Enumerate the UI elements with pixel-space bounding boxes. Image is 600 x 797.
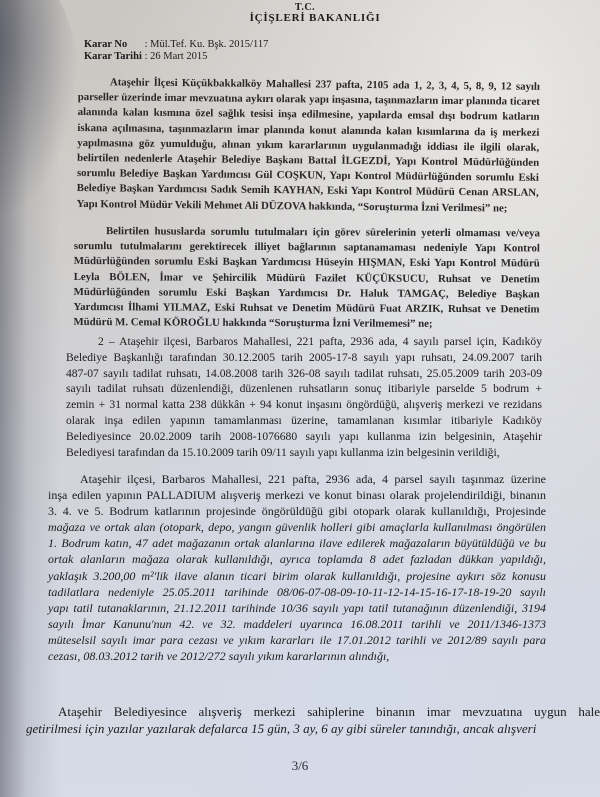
paragraph-item-2-permits: 2 – Ataşehir ilçesi, Barbaros Mahallesi,… xyxy=(66,334,542,460)
paragraph-investigation-permitted: Ataşehir İlçesi Küçükbakkalköy Mahallesi… xyxy=(77,75,540,217)
text-line: inşa edilen yapının PALLADIUM alışveriş … xyxy=(48,487,546,503)
text-line: zemin + 31 normal katta 238 dükkân + 94 … xyxy=(66,397,542,413)
text-line: sayılı tadilat ruhsatı düzenlendiği, düz… xyxy=(66,381,542,397)
text-line: Belediyesi tarafından da 15.10.2009 tari… xyxy=(66,445,542,461)
decision-tail: ne; xyxy=(415,318,432,330)
text-line: tadilatlara nedeniyle 25.05.2011 tarihin… xyxy=(48,584,546,600)
decision-phrase: “Soruşturma İzni Verilmemesi” xyxy=(269,317,415,330)
text-line: Ataşehir ilçesi, Barbaros Mahallesi, 221… xyxy=(48,471,546,487)
text-line: Ataşehir Belediyesince alışveriş merkezi… xyxy=(26,703,600,720)
page-number: 3/6 xyxy=(270,758,330,774)
text-line: 487-07 sayılı tadilat ruhsatı, 14.08.200… xyxy=(66,366,542,382)
text-line: 3. 4. ve 5. Bodrum katlarının projesinde… xyxy=(48,503,546,519)
decision-tail: ne; xyxy=(490,202,507,214)
text-line: olarak inşa edilen yapının tamamlanması … xyxy=(66,413,542,429)
text-line: Belediyesince 20.02.2009 tarih 2008-1076… xyxy=(66,429,542,445)
text-line: Müdürü M. Cemal KÖROĞLU hakkında “Soruşt… xyxy=(73,315,539,333)
paragraph-municipality-notices: Ataşehir Belediyesince alışveriş merkezi… xyxy=(26,703,600,737)
document-page: T.C. İÇİŞLERİ BAKANLIĞI Karar No : Mül.T… xyxy=(0,0,600,797)
decision-number-label: Karar No xyxy=(84,39,142,50)
paragraph-investigation-denied: Belirtilen hususlarda sorumlu tutulmalar… xyxy=(73,224,540,333)
text-line: yaklaşık 3.200,00 m²'lik ilave alanın ti… xyxy=(48,568,546,584)
text-line: ortak alanların mağaza olarak kullanıldı… xyxy=(48,551,546,567)
text-line: getirilmesi için yazılar yazılarak defal… xyxy=(26,720,600,737)
text-line: cezası, 08.03.2012 tarih ve 2012/272 say… xyxy=(48,648,546,664)
decision-number-row: Karar No : Mül.Tef. Ku. Bşk. 2015/117 xyxy=(84,39,268,50)
text-line: sayılı İmar Kanunu'nun 42. ve 32. maddel… xyxy=(48,616,546,632)
decision-date-label: Karar Tarihi xyxy=(84,51,142,62)
text-line: Belediye Başkanlığı tarafından 30.12.200… xyxy=(66,350,542,366)
text-line: mağaza ve ortak alan (otopark, depo, yan… xyxy=(48,519,546,535)
header-ministry: İÇİŞLERİ BAKANLIĞI xyxy=(215,12,415,24)
text-line: 1. Bodrum katın, 47 adet mağazanın ortak… xyxy=(48,535,546,551)
text-line: 2 – Ataşehir ilçesi, Barbaros Mahallesi,… xyxy=(66,334,542,350)
decision-number-value: : Mül.Tef. Ku. Bşk. 2015/117 xyxy=(145,39,269,50)
decision-date-row: Karar Tarihi : 26 Mart 2015 xyxy=(84,51,207,62)
decision-phrase: “Soruşturma İzni Verilmesi” xyxy=(358,201,491,214)
decision-date-value: : 26 Mart 2015 xyxy=(145,51,208,62)
text-line: yapı tatil tutanaklarının, 21.12.2011 ta… xyxy=(48,600,546,616)
paragraph-palladium-findings: Ataşehir ilçesi, Barbaros Mahallesi, 221… xyxy=(48,471,546,664)
text-line: müteselsil sayılı imar para cezası ve yı… xyxy=(48,632,546,648)
